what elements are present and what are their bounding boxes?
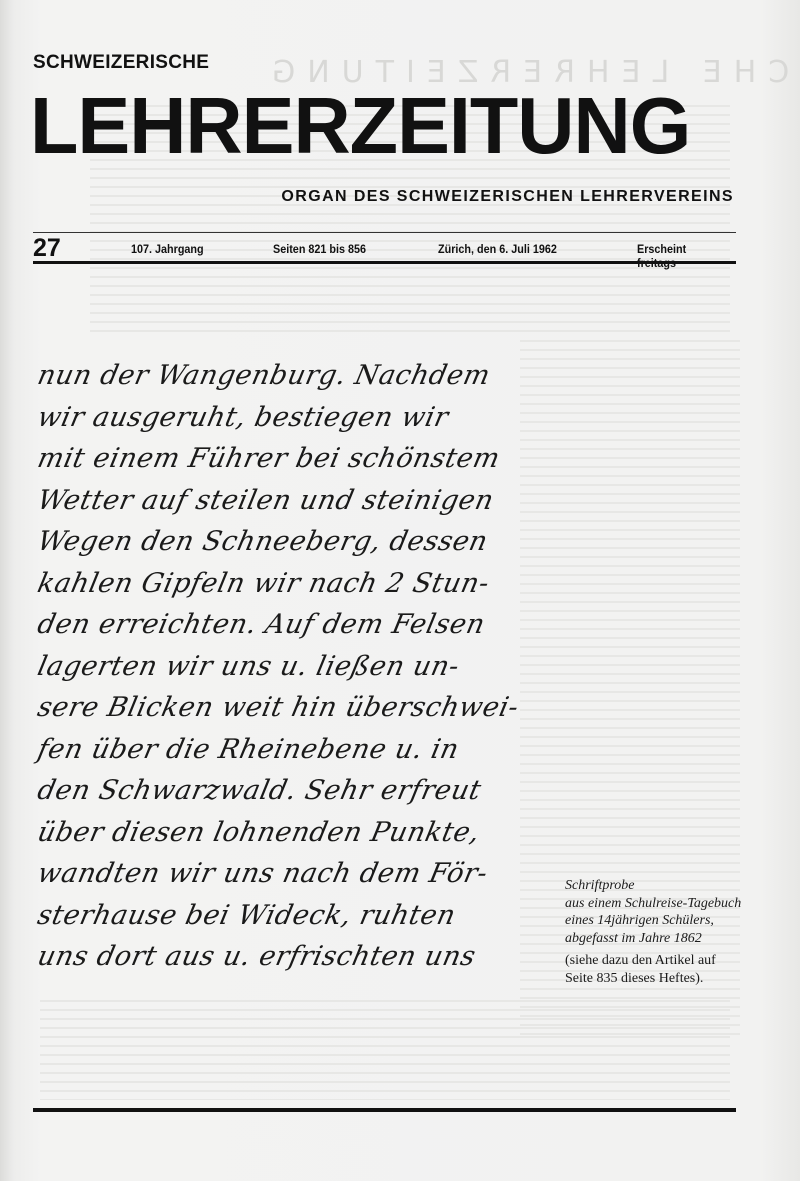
handwriting-sample: nun der Wangenburg. Nachdem wir ausgeruh… (38, 355, 508, 978)
caption-line: eines 14jährigen Schülers, (565, 912, 795, 930)
handwriting-line: nun der Wangenburg. Nachdem (34, 355, 513, 397)
header-rule-thin (33, 232, 736, 233)
handwriting-line: fen über die Rheinebene u. in (34, 729, 513, 771)
magazine-cover-page: SCHWEIZERISCHE LEHRERZEITUNG SCHWEIZERIS… (0, 0, 800, 1181)
image-caption: Schriftprobe aus einem Schulreise-Tagebu… (565, 877, 795, 987)
handwriting-line: den Schwarzwald. Sehr erfreut (34, 770, 513, 812)
issue-frequency: Erscheint freitags (637, 242, 726, 270)
issue-volume: 107. Jahrgang (131, 242, 204, 256)
issue-info-bar: 27 107. Jahrgang Seiten 821 bis 856 Züri… (33, 234, 736, 261)
handwriting-line: Wetter auf steilen und steinigen (34, 480, 513, 522)
handwriting-line: uns dort aus u. erfrischten uns (34, 936, 513, 978)
handwriting-line: wandten wir uns nach dem För- (34, 853, 513, 895)
masthead-title: LEHRERZEITUNG (30, 86, 690, 166)
handwriting-line: Wegen den Schneeberg, dessen (34, 521, 513, 563)
header-rule-thick (33, 261, 736, 264)
masthead-subtitle: ORGAN DES SCHWEIZERISCHEN LEHRERVEREINS (281, 188, 734, 206)
handwriting-line: mit einem Führer bei schönstem (34, 438, 513, 480)
footer-rule (33, 1108, 736, 1112)
handwriting-line: kahlen Gipfeln wir nach 2 Stun- (34, 563, 513, 605)
caption-reference: Seite 835 dieses Heftes). (565, 970, 795, 988)
handwriting-line: sere Blicken weit hin überschwei- (34, 687, 513, 729)
bleed-through-footer (40, 1000, 730, 1100)
handwriting-line: den erreichten. Auf dem Felsen (34, 604, 513, 646)
handwriting-line: sterhause bei Wideck, ruhten (34, 895, 513, 937)
issue-place-date: Zürich, den 6. Juli 1962 (438, 242, 557, 256)
handwriting-line: über diesen lohnenden Punkte, (34, 812, 513, 854)
masthead-kicker: SCHWEIZERISCHE (33, 52, 209, 74)
caption-title: Schriftprobe (565, 877, 795, 895)
caption-line: aus einem Schulreise-Tagebuch (565, 895, 795, 913)
caption-line: abgefasst im Jahre 1862 (565, 930, 795, 948)
issue-number: 27 (33, 234, 61, 263)
handwriting-line: wir ausgeruht, bestiegen wir (34, 397, 513, 439)
issue-pages: Seiten 821 bis 856 (273, 242, 366, 256)
handwriting-line: lagerten wir uns u. ließen un- (34, 646, 513, 688)
caption-reference: (siehe dazu den Artikel auf (565, 952, 795, 970)
